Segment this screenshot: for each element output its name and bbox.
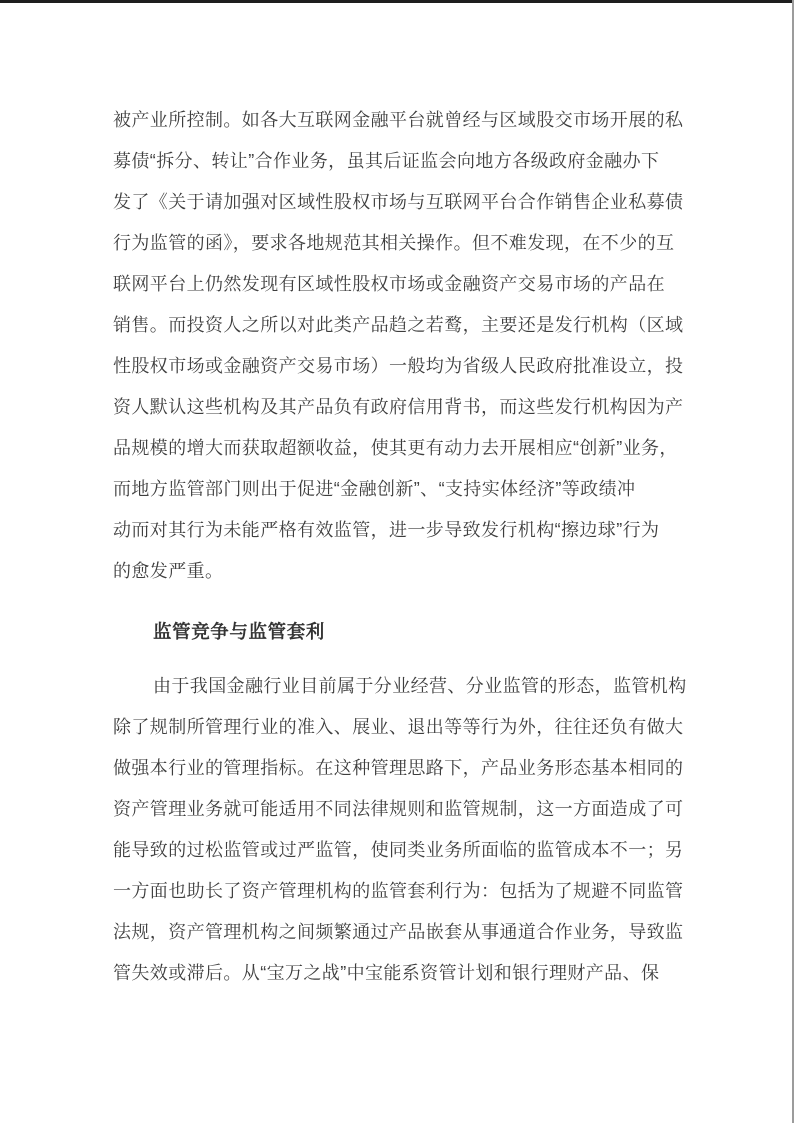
document-page: 被产业所控制。如各大互联网金融平台就曾经与区域股交市场开展的私 募债“拆分、转让… <box>113 100 691 994</box>
text-line: 的愈发严重。 <box>113 551 691 592</box>
page-top-edge <box>0 0 794 3</box>
text-line: 发了《关于请加强对区域性股权市场与互联网平台合作销售企业私募债 <box>113 182 691 223</box>
text-line: 联网平台上仍然发现有区域性股权市场或金融资产交易市场的产品在 <box>113 264 691 305</box>
text-line: 一方面也助长了资产管理机构的监管套利行为：包括为了规避不同监管 <box>113 871 691 912</box>
paragraph-2: 由于我国金融行业目前属于分业经营、分业监管的形态，监管机构 除了规制所管理行业的… <box>113 666 691 994</box>
text-line: 管失效或滞后。从“宝万之战”中宝能系资管计划和银行理财产品、保 <box>113 953 691 994</box>
text-line: 资人默认这些机构及其产品负有政府信用背书，而这些发行机构因为产 <box>113 387 691 428</box>
text-line: 性股权市场或金融资产交易市场）一般均为省级人民政府批准设立，投 <box>113 346 691 387</box>
text-line: 法规，资产管理机构之间频繁通过产品嵌套从事通道合作业务，导致监 <box>113 912 691 953</box>
text-line: 由于我国金融行业目前属于分业经营、分业监管的形态，监管机构 <box>113 666 691 707</box>
text-line: 动而对其行为未能严格有效监管，进一步导致发行机构“擦边球”行为 <box>113 510 691 551</box>
text-line: 行为监管的函》，要求各地规范其相关操作。但不难发现，在不少的互 <box>113 223 691 264</box>
paragraph-1: 被产业所控制。如各大互联网金融平台就曾经与区域股交市场开展的私 募债“拆分、转让… <box>113 100 691 592</box>
text-line: 做强本行业的管理指标。在这种管理思路下，产品业务形态基本相同的 <box>113 748 691 789</box>
text-line: 而地方监管部门则出于促进“金融创新”、“支持实体经济”等政绩冲 <box>113 469 691 510</box>
text-line: 募债“拆分、转让”合作业务，虽其后证监会向地方各级政府金融办下 <box>113 141 691 182</box>
text-line: 销售。而投资人之所以对此类产品趋之若鹜，主要还是发行机构（区域 <box>113 305 691 346</box>
text-line: 品规模的增大而获取超额收益，使其更有动力去开展相应“创新”业务， <box>113 428 691 469</box>
section-heading: 监管竞争与监管套利 <box>113 611 691 652</box>
text-line: 资产管理业务就可能适用不同法律规则和监管规制，这一方面造成了可 <box>113 789 691 830</box>
text-line: 能导致的过松监管或过严监管，使同类业务所面临的监管成本不一；另 <box>113 830 691 871</box>
text-line: 被产业所控制。如各大互联网金融平台就曾经与区域股交市场开展的私 <box>113 100 691 141</box>
text-line: 除了规制所管理行业的准入、展业、退出等等行为外，往往还负有做大 <box>113 707 691 748</box>
